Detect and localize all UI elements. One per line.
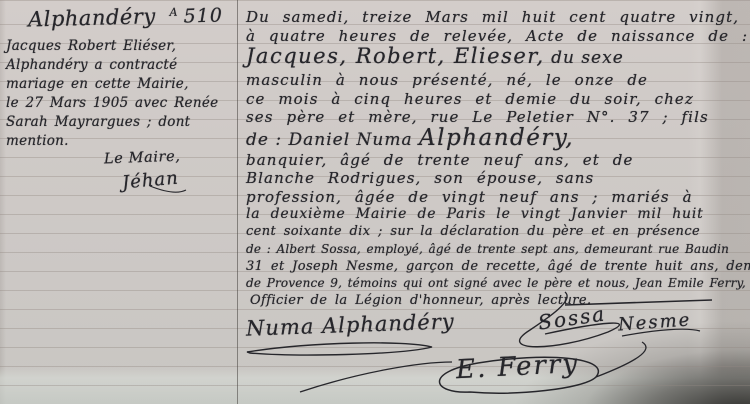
act-line: banquier, âgé de trente neuf ans, et de	[246, 151, 633, 169]
margin-act-number: 510	[183, 4, 223, 27]
act-line: profession, âgée de vingt neuf ans ; mar…	[246, 188, 693, 206]
margin-column: Alphandéry A 510 Jacques Robert Eliéser,…	[0, 0, 236, 404]
act-line: Du samedi, treize Mars mil huit cent qua…	[246, 8, 739, 26]
act-line: la deuxième Mairie de Paris le vingt Jan…	[246, 206, 704, 222]
margin-surname: Alphandéry	[28, 4, 156, 31]
register-page-scan: Alphandéry A 510 Jacques Robert Eliéser,…	[0, 0, 750, 404]
signature-father: Numa Alphandéry	[246, 309, 455, 340]
child-given-names: Jacques, Robert, Elieser,	[246, 44, 545, 68]
act-line: de Provence 9, témoins qui ont signé ave…	[246, 276, 750, 290]
act-line: masculin à nous présenté, né, le onze de	[246, 71, 648, 89]
act-body: Du samedi, treize Mars mil huit cent qua…	[246, 0, 742, 404]
act-line: Blanche Rodrigues, son épouse, sans	[246, 169, 594, 187]
margin-header: Alphandéry A 510	[28, 2, 223, 31]
margin-closing: Le Maire,	[104, 149, 181, 168]
note-line: Alphandéry a contracté	[6, 56, 232, 75]
act-line: ce mois à cinq heures et demie du soir, …	[246, 90, 694, 108]
father-surname: Alphandéry,	[419, 125, 574, 151]
act-line-father-name: de : Daniel Numa Alphandéry,	[246, 125, 574, 151]
margin-divider-line	[237, 0, 238, 404]
note-line: mention.	[6, 132, 232, 151]
signature-mayor: E. Ferry	[455, 349, 579, 385]
marriage-mention-note: Jacques Robert Eliéser, Alphandéry a con…	[6, 37, 232, 151]
act-line: à quatre heures de relevée, Acte de nais…	[246, 27, 748, 45]
act-line: cent soixante dix ; sur la déclaration d…	[246, 224, 700, 239]
margin-register-letter: A	[169, 6, 177, 19]
act-line-fragment: du sexe	[545, 48, 624, 68]
note-line: le 27 Mars 1905 avec Renée	[6, 94, 232, 113]
act-line: 31 et Joseph Nesme, garçon de recette, â…	[246, 259, 750, 274]
margin-mayor-signature: Jéhan	[121, 168, 179, 194]
act-line: Officier de la Légion d'honneur, après l…	[250, 293, 592, 308]
act-line-fragment: de : Daniel Numa	[246, 130, 419, 150]
note-line: Jacques Robert Eliéser,	[6, 37, 232, 56]
act-line-child-names: Jacques, Robert, Elieser, du sexe	[246, 44, 624, 68]
note-line: Sarah Mayrargues ; dont	[6, 113, 232, 132]
signature-witness2: Nesme	[617, 309, 692, 335]
act-line: de : Albert Sossa, employé, âgé de trent…	[246, 242, 729, 256]
act-line: ses père et mère, rue Le Peletier N°. 37…	[246, 108, 709, 126]
note-line: mariage en cette Mairie,	[6, 75, 232, 94]
